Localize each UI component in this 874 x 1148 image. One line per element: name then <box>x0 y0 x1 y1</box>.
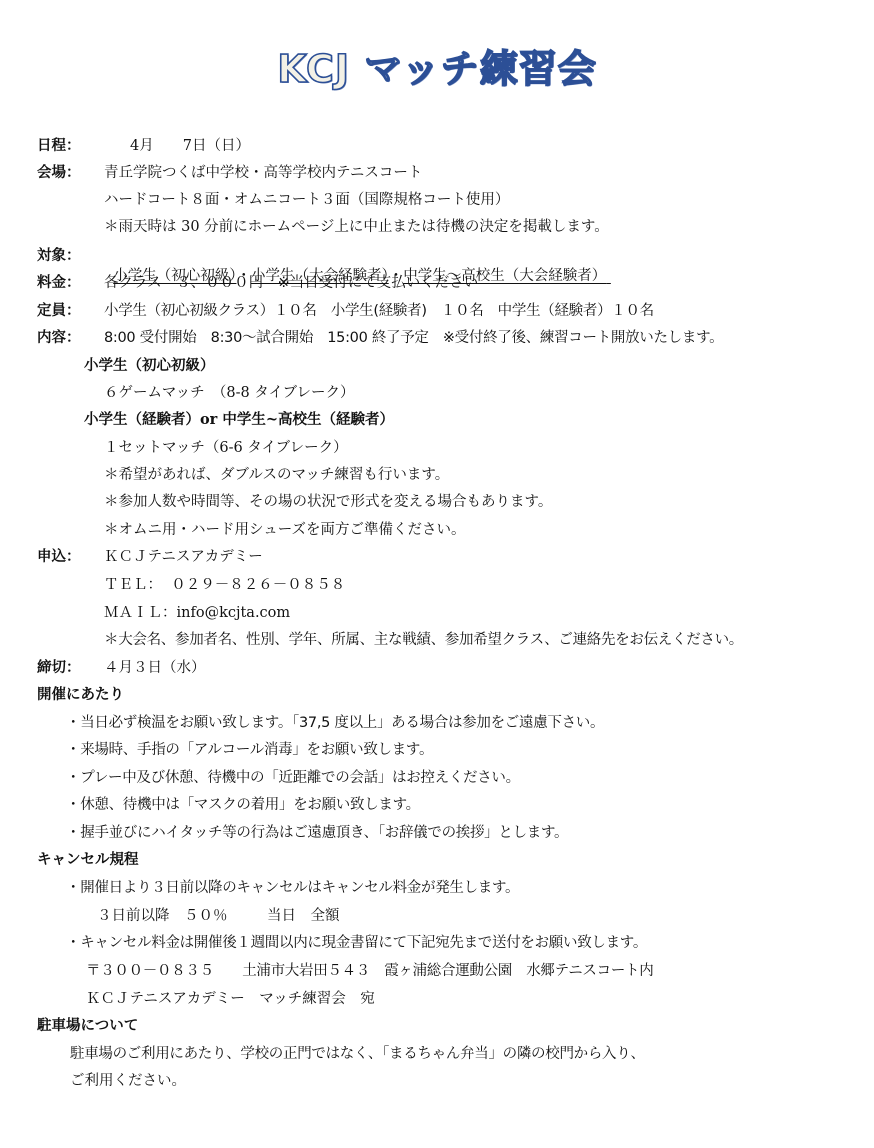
parking-line-2: ご利用ください。 <box>70 1071 186 1091</box>
hosting-item: ・プレー中及び休憩、待機中の「近距離での会話」はお控えください。 <box>66 768 520 788</box>
target-label: 対象： <box>37 246 81 266</box>
cancel-address: 〒３００－０８３５ 土浦市大岩田５４３ 霞ヶ浦総合運動公園 水郷テニスコート内 <box>86 961 653 981</box>
deadline-label: 締切： <box>37 658 81 678</box>
deadline-value: ４月３日（水） <box>104 658 206 678</box>
content-label: 内容： <box>37 328 81 348</box>
class-experienced-heading: 小学生（経験者）or 中学生~高校生（経験者） <box>84 410 394 430</box>
application-mail: ＭＡＩＬ：info@kcjta.com <box>104 603 290 623</box>
application-label: 申込： <box>37 547 81 567</box>
hosting-heading: 開催にあたり <box>37 685 124 705</box>
cancel-recipient: ＫＣＪテニスアカデミー マッチ練習会 宛 <box>86 989 375 1009</box>
mail-label: ＭＡＩＬ： <box>104 605 177 621</box>
mail-address[interactable]: info@kcjta.com <box>177 605 291 621</box>
hosting-item: ・来場時、手指の「アルコール消毒」をお願い致します。 <box>66 740 433 760</box>
tel-number: ０２９－８２６－０８５８ <box>171 577 345 593</box>
application-tel: ＴＥＬ： ０２９－８２６－０８５８ <box>104 575 345 595</box>
venue-line-1: 青丘学院つくば中学校・高等学校内テニスコート <box>104 163 422 183</box>
schedule-label: 日程： <box>37 136 81 156</box>
cancel-fee-sameday: 当日 全額 <box>267 906 340 926</box>
class-experienced-detail-1: １セットマッチ（6-6 タイブレーク） <box>104 438 348 458</box>
class-experienced-detail-4: ＊オムニ用・ハード用シューズを両方ご準備ください。 <box>104 520 465 540</box>
content-value: 8:00 受付開始 8:30～試合開始 15:00 終了予定 ※受付終了後、練習… <box>104 328 723 348</box>
application-org: ＫＣＪテニスアカデミー <box>104 547 263 567</box>
underline-tail <box>606 268 611 284</box>
venue-label: 会場： <box>37 163 81 183</box>
cancel-rule-2: ・キャンセル料金は開催後１週間以内に現金書留にて下記宛先まで送付をお願い致します… <box>66 933 647 953</box>
capacity-value: 小学生（初心初級クラス）１０名 小学生(経験者) １０名 中学生（経験者）１０名 <box>104 301 654 321</box>
cancel-heading: キャンセル規程 <box>37 850 139 870</box>
venue-line-2: ハードコート８面・オムニコート３面（国際規格コート使用） <box>104 190 509 210</box>
cancel-fee-3days: ３日前以降 ５０％ <box>97 906 228 926</box>
application-note: ＊大会名、参加者名、性別、学年、所属、主な戦績、参加希望クラス、ご連絡先をお伝え… <box>104 630 743 650</box>
venue-line-3: ＊雨天時は 30 分前にホームページ上に中止または待機の決定を掲載します。 <box>104 217 609 237</box>
capacity-label: 定員： <box>37 301 81 321</box>
tel-label: ＴＥＬ： <box>104 577 162 593</box>
class-experienced-detail-2: ＊希望があれば、ダブルスのマッチ練習も行います。 <box>104 465 449 485</box>
schedule-value: 4月 7日（日） <box>130 136 250 156</box>
page-title: KCJ マッチ練習会 <box>0 38 874 93</box>
hosting-item: ・握手並びにハイタッチ等の行為はご遠慮頂き、「お辞儀での挨拶」とします。 <box>66 823 568 843</box>
parking-line-1: 駐車場のご利用にあたり、学校の正門ではなく、「まるちゃん弁当」の隣の校門から入り… <box>70 1044 645 1064</box>
fee-label: 料金： <box>37 273 81 293</box>
hosting-item: ・当日必ず検温をお願い致します。「37,5 度以上」ある場合は参加をご遠慮下さい… <box>66 713 604 733</box>
hosting-item: ・休憩、待機中は「マスクの着用」をお願い致します。 <box>66 795 420 815</box>
class-beginner-heading: 小学生（初心初級） <box>84 356 215 376</box>
fee-value: 各クラス ３、０００円 ※当日受付にて支払いください <box>104 273 478 293</box>
class-beginner-detail: ６ゲームマッチ （8-8 タイブレーク） <box>104 383 355 403</box>
cancel-rule-1: ・開催日より３日前以降のキャンセルはキャンセル料金が発生します。 <box>66 878 519 898</box>
class-experienced-detail-3: ＊参加人数や時間等、その場の状況で形式を変える場合もあります。 <box>104 492 552 512</box>
parking-heading: 駐車場について <box>37 1016 138 1036</box>
